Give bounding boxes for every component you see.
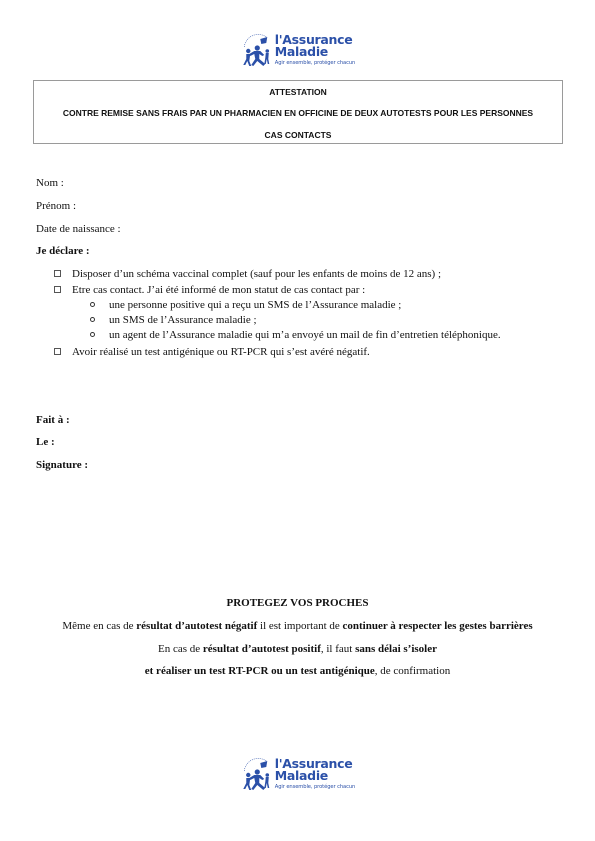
- notice-line-3: et réaliser un test RT-PCR ou un test an…: [0, 665, 595, 677]
- title-line-1: ATTESTATION: [34, 87, 562, 97]
- checklist-item-cas-contact[interactable]: Etre cas contact. J’ai été informé de mo…: [54, 284, 365, 296]
- emphasis-text: sans délai s’isoler: [355, 643, 437, 655]
- checklist-item-label: Etre cas contact. J’ai été informé de mo…: [72, 284, 365, 296]
- running-figures-logo-icon: [240, 31, 272, 69]
- field-prenom[interactable]: Prénom :: [36, 200, 76, 212]
- checklist-item-label: Disposer d’un schéma vaccinal complet (s…: [72, 268, 441, 280]
- field-le[interactable]: Le :: [36, 436, 55, 448]
- checkbox-icon[interactable]: [54, 286, 61, 293]
- title-line-2: CONTRE REMISE SANS FRAIS PAR UN PHARMACI…: [34, 108, 562, 118]
- emphasis-text: résultat d’autotest positif: [203, 643, 321, 655]
- notice-title: PROTEGEZ VOS PROCHES: [0, 597, 595, 609]
- emphasis-text: et réaliser un test RT-PCR ou un test an…: [145, 665, 375, 677]
- field-date-naissance[interactable]: Date de naissance :: [36, 223, 121, 235]
- body-text: il est important de: [257, 620, 342, 632]
- sub-item-agent: un agent de l’Assurance maladie qui m’a …: [90, 329, 501, 341]
- field-nom[interactable]: Nom :: [36, 177, 64, 189]
- logo-tagline: Agir ensemble, protéger chacun: [275, 61, 355, 66]
- logo-name-line2: Maladie: [275, 770, 355, 783]
- checklist-item-label: Avoir réalisé un test antigénique ou RT-…: [72, 346, 370, 358]
- emphasis-text: continuer à respecter les gestes barrièr…: [343, 620, 533, 632]
- sub-item-label: un SMS de l’Assurance maladie ;: [109, 314, 257, 326]
- checkbox-icon[interactable]: [54, 348, 61, 355]
- checkbox-icon[interactable]: [54, 270, 61, 277]
- logo-wordmark: l'Assurance Maladie Agir ensemble, proté…: [275, 34, 355, 66]
- circle-bullet-icon: [90, 332, 95, 337]
- circle-bullet-icon: [90, 302, 95, 307]
- field-signature[interactable]: Signature :: [36, 459, 88, 471]
- sub-item-label: un agent de l’Assurance maladie qui m’a …: [109, 329, 501, 341]
- sub-item-sms: un SMS de l’Assurance maladie ;: [90, 314, 257, 326]
- body-text: , il faut: [321, 643, 355, 655]
- emphasis-text: résultat d’autotest négatif: [136, 620, 257, 632]
- notice-line-1: Même en cas de résultat d’autotest négat…: [0, 620, 595, 632]
- sub-item-label: une personne positive qui a reçu un SMS …: [109, 299, 401, 311]
- field-fait-a[interactable]: Fait à :: [36, 414, 70, 426]
- body-text: En cas de: [158, 643, 203, 655]
- body-text: , de confirmation: [375, 665, 450, 677]
- circle-bullet-icon: [90, 317, 95, 322]
- checklist-item-vaccination[interactable]: Disposer d’un schéma vaccinal complet (s…: [54, 268, 441, 280]
- checklist-item-test-negatif[interactable]: Avoir réalisé un test antigénique ou RT-…: [54, 346, 370, 358]
- declaration-heading: Je déclare :: [36, 245, 90, 257]
- assurance-maladie-logo-bottom: l'Assurance Maladie Agir ensemble, proté…: [240, 755, 355, 793]
- logo-tagline: Agir ensemble, protéger chacun: [275, 785, 355, 790]
- body-text: Même en cas de: [62, 620, 136, 632]
- running-figures-logo-icon: [240, 755, 272, 793]
- logo-wordmark: l'Assurance Maladie Agir ensemble, proté…: [275, 758, 355, 790]
- title-line-3: CAS CONTACTS: [34, 130, 562, 140]
- sub-item-personne-positive: une personne positive qui a reçu un SMS …: [90, 299, 401, 311]
- notice-line-2: En cas de résultat d’autotest positif, i…: [0, 643, 595, 655]
- logo-name-line2: Maladie: [275, 46, 355, 59]
- attestation-title-box: ATTESTATION CONTRE REMISE SANS FRAIS PAR…: [33, 80, 563, 144]
- assurance-maladie-logo-top: l'Assurance Maladie Agir ensemble, proté…: [240, 31, 355, 69]
